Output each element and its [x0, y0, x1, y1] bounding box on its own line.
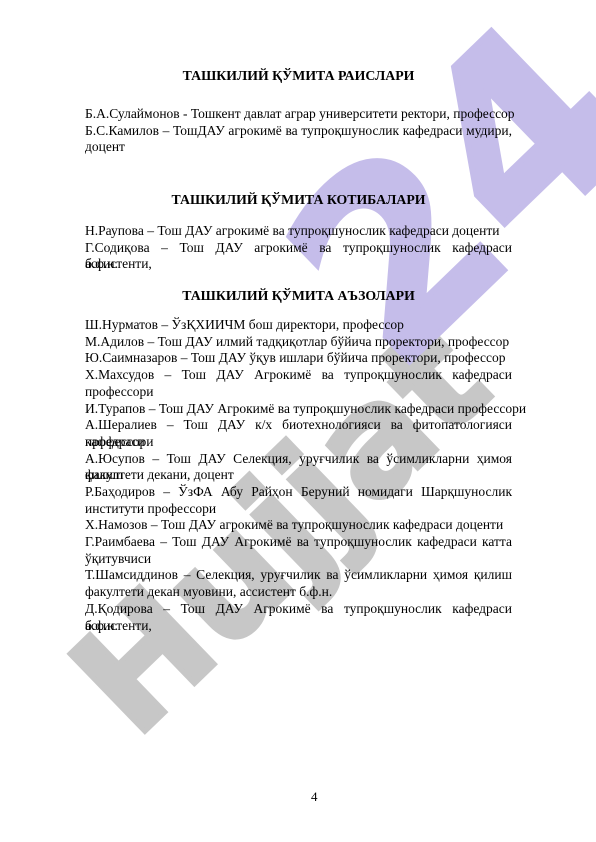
text-line: институти профессори — [85, 501, 512, 518]
section-members-paragraph: Ш.Нурматов – ЎзҚХИИЧМ бош директори, про… — [85, 317, 512, 634]
section-heading-chairmen: ТАШКИЛИЙ ҚЎМИТА РАИСЛАРИ — [85, 68, 512, 85]
text-line: Г.Раимбаева – Тош ДАУ Агрокимё ва тупроқ… — [85, 534, 512, 551]
text-line: Б.А.Сулаймонов - Тошкент давлат аграр ун… — [85, 106, 512, 123]
text-line: Х.Махсудов – Тош ДАУ Агрокимё ва тупроқш… — [85, 367, 512, 384]
section-heading-members: ТАШКИЛИЙ ҚЎМИТА АЪЗОЛАРИ — [85, 288, 512, 305]
text-line: А.Шералиев – Тош ДАУ к/х биотехнологияси… — [85, 417, 512, 434]
text-line: Х.Намозов – Тош ДАУ агрокимё ва тупроқшу… — [85, 517, 512, 534]
text-line: И.Турапов – Тош ДАУ Агрокимё ва тупроқшу… — [85, 401, 512, 418]
text-line: ўқитувчиси — [85, 551, 512, 568]
text-line: А.Юсупов – Тош ДАУ Селекция, уруғчилик в… — [85, 451, 512, 468]
section-chairmen-paragraph: Б.А.Сулаймонов - Тошкент давлат аграр ун… — [85, 106, 512, 156]
text-line: Д.Қодирова – Тош ДАУ Агрокимё ва тупроқш… — [85, 601, 512, 618]
text-line: доцент — [85, 139, 512, 156]
text-line: Н.Раупова – Тош ДАУ агрокимё ва тупроқшу… — [85, 223, 512, 240]
text-line: факултети декани, доцент — [85, 467, 512, 484]
text-line: Ю.Саимназаров – Тош ДАУ ўқув ишлари бўйи… — [85, 350, 512, 367]
text-line: факултети декан муовини, ассистент б.ф.н… — [85, 584, 512, 601]
document-page: Hujjat 24 ТАШКИЛИЙ ҚЎМИТА РАИСЛАРИ Б.А.С… — [0, 0, 596, 842]
text-line: М.Адилов – Тош ДАУ илмий тадқиқотлар бўй… — [85, 334, 512, 351]
text-line: Т.Шамсиддинов – Селекция, уруғчилик ва ў… — [85, 567, 512, 584]
text-line: Р.Баҳодиров – ЎзФА Абу Райҳон Беруний но… — [85, 484, 512, 501]
text-line: профессори — [85, 384, 512, 401]
section-secretaries-paragraph: Н.Раупова – Тош ДАУ агрокимё ва тупроқшу… — [85, 223, 512, 273]
text-line: Б.С.Камилов – ТошДАУ агрокимё ва тупроқш… — [85, 123, 512, 140]
text-line: Г.Содиқова – Тош ДАУ агрокимё ва тупроқш… — [85, 240, 512, 257]
page-number: 4 — [311, 789, 318, 805]
text-line: профессори — [85, 434, 512, 451]
text-line: Ш.Нурматов – ЎзҚХИИЧМ бош директори, про… — [85, 317, 512, 334]
section-heading-secretaries: ТАШКИЛИЙ ҚЎМИТА КОТИБАЛАРИ — [85, 192, 512, 209]
